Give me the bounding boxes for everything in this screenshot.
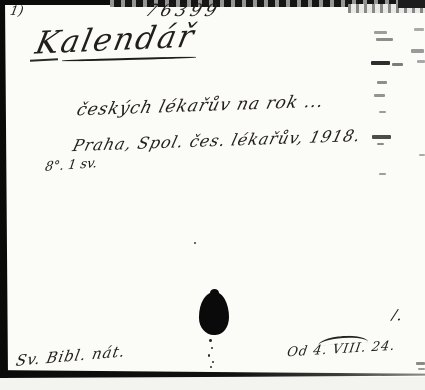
scan-smudge: [418, 368, 425, 370]
scan-smudge: [379, 111, 386, 113]
scan-background-below-card: [0, 377, 425, 390]
scan-smudge: [377, 143, 384, 145]
scan-smudge: [372, 135, 391, 139]
ink-drip-dot: [212, 361, 214, 363]
scan-smudge: [374, 94, 385, 97]
ink-drip-dot: [211, 347, 213, 349]
ink-drip-dot: [209, 339, 212, 342]
ink-drip-dot: [208, 354, 210, 357]
paper-speck: [194, 242, 196, 244]
scan-smudge: [416, 362, 425, 365]
scan-smudge: [392, 63, 403, 66]
scan-smudge: [371, 61, 390, 65]
ink-drip-dot: [210, 366, 212, 368]
scan-smudge: [414, 28, 424, 31]
top-right-corner-shadow: [398, 0, 425, 8]
scan-smudge: [376, 38, 393, 41]
card-title: Kalendář: [32, 18, 198, 61]
margin-mark: /.: [391, 306, 403, 325]
scan-smudge: [417, 60, 425, 63]
scanned-catalog-card: 1) 76399 Kalendář českých lékařův na rok…: [0, 0, 425, 390]
scan-smudge: [419, 154, 425, 156]
ink-blot: [199, 292, 229, 335]
scan-smudge: [377, 81, 387, 84]
scan-smudge: [379, 173, 386, 175]
scan-smudge: [411, 49, 424, 53]
corner-mark: 1): [9, 4, 25, 19]
scan-smudge: [374, 31, 387, 34]
